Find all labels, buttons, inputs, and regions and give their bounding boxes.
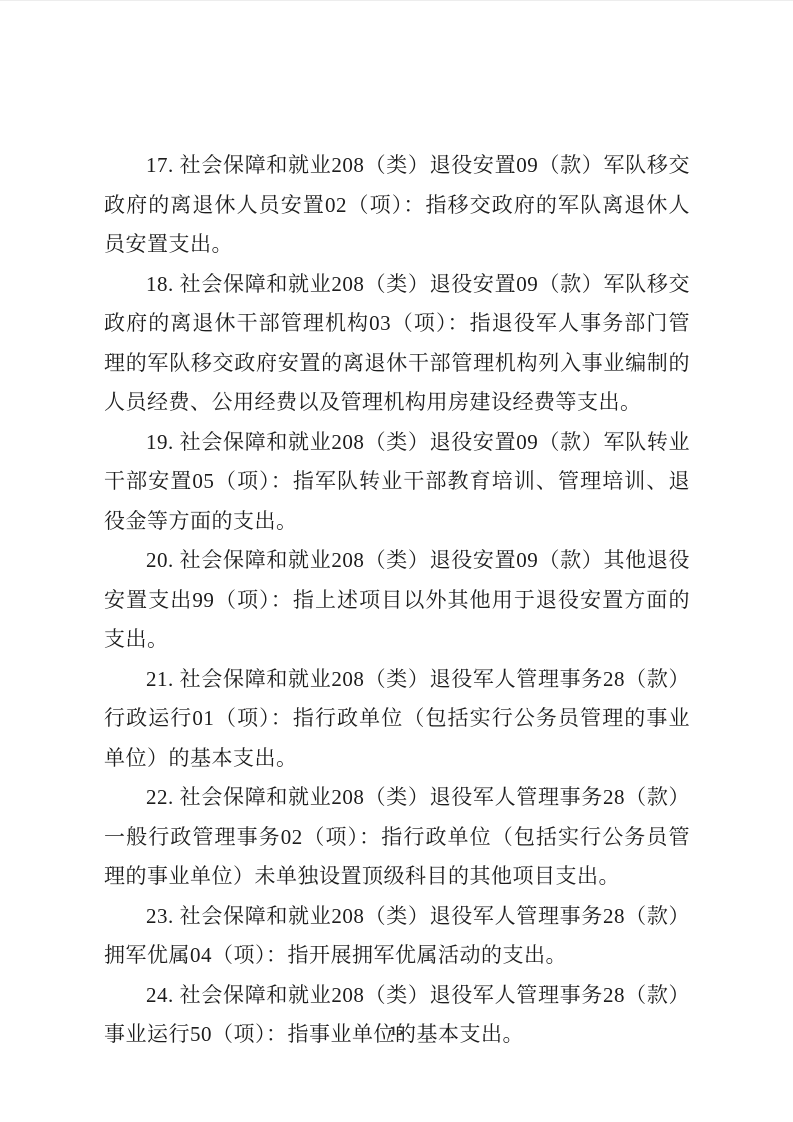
paragraph-24: 24. 社会保障和就业208（类）退役军人管理事务28（款）事业运行50（项）：…: [104, 976, 690, 1055]
paragraph-22: 22. 社会保障和就业208（类）退役军人管理事务28（款）一般行政管理事务02…: [104, 778, 690, 897]
paragraph-19: 19. 社会保障和就业208（类）退役安置09（款）军队转业干部安置05（项）：…: [104, 423, 690, 542]
paragraph-21: 21. 社会保障和就业208（类）退役军人管理事务28（款）行政运行01（项）：…: [104, 660, 690, 779]
paragraph-17: 17. 社会保障和就业208（类）退役安置09（款）军队移交政府的离退休人员安置…: [104, 146, 690, 265]
document-page: 17. 社会保障和就业208（类）退役安置09（款）军队移交政府的离退休人员安置…: [0, 0, 793, 1122]
paragraph-18: 18. 社会保障和就业208（类）退役安置09（款）军队移交政府的离退休干部管理…: [104, 265, 690, 423]
page-number: 15: [0, 1023, 793, 1039]
paragraph-23: 23. 社会保障和就业208（类）退役军人管理事务28（款）拥军优属04（项）：…: [104, 897, 690, 976]
paragraph-20: 20. 社会保障和就业208（类）退役安置09（款）其他退役安置支出99（项）：…: [104, 541, 690, 660]
document-body: 17. 社会保障和就业208（类）退役安置09（款）军队移交政府的离退休人员安置…: [104, 146, 690, 1055]
